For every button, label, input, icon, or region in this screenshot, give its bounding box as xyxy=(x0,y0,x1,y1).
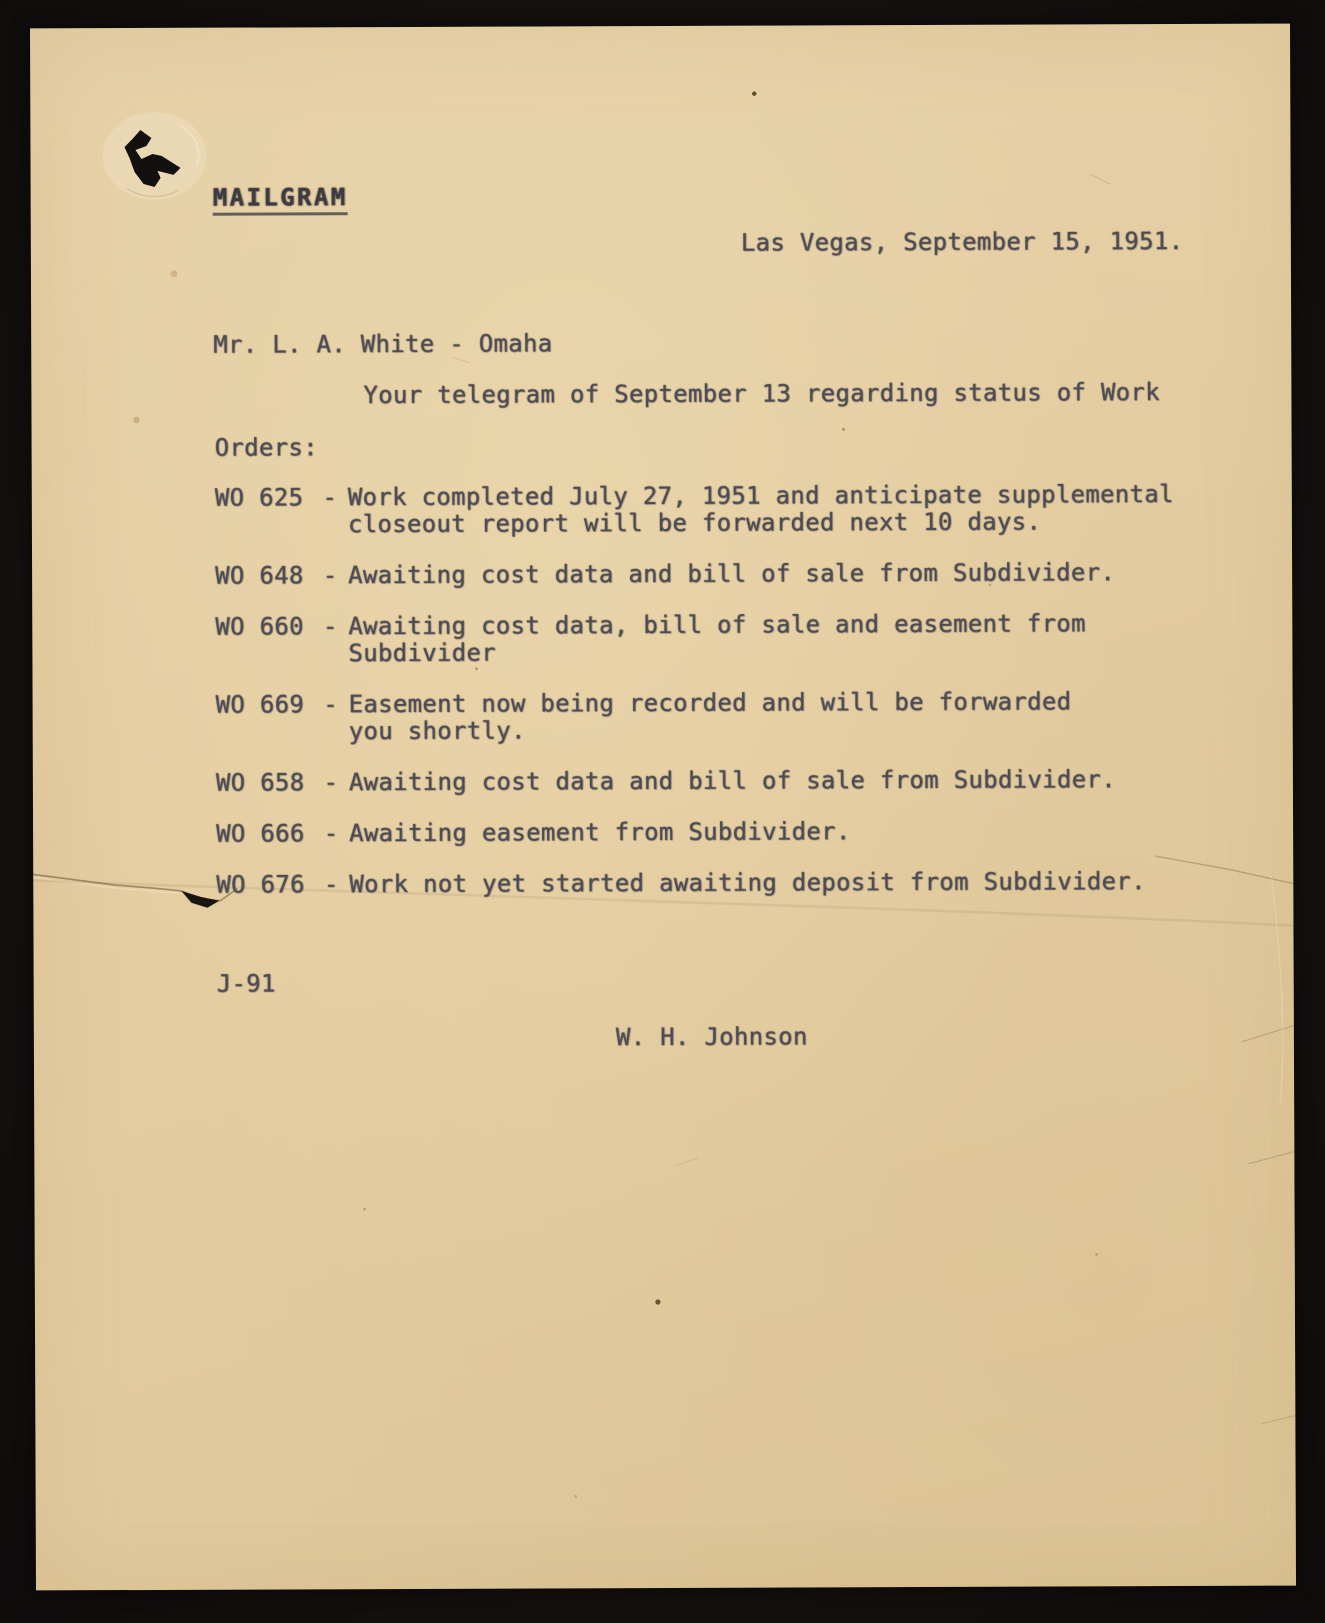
work-order-text: Awaiting cost data and bill of sale from… xyxy=(349,766,1226,796)
crease-right-3 xyxy=(1248,1152,1294,1164)
tear-notch xyxy=(181,891,219,908)
work-order-id: WO 669 xyxy=(216,691,313,718)
work-order-id: WO 658 xyxy=(216,769,313,796)
work-order-row: WO 660 - Awaiting cost data, bill of sal… xyxy=(215,610,1225,668)
work-order-row: WO 669 - Easement now being recorded and… xyxy=(216,688,1226,746)
work-order-text: Awaiting cost data, bill of sale and eas… xyxy=(348,610,1225,667)
work-order-separator: - xyxy=(313,820,349,847)
work-order-separator: - xyxy=(313,691,349,718)
work-order-separator: - xyxy=(312,613,348,640)
work-order-separator: - xyxy=(313,769,349,796)
paper-fiber xyxy=(1091,174,1111,184)
speck xyxy=(133,417,139,423)
work-order-row: WO 648 - Awaiting cost data and bill of … xyxy=(215,559,1225,590)
intro-line: Your telegram of September 13 regarding … xyxy=(363,379,1160,409)
speck xyxy=(363,1208,366,1211)
speck xyxy=(1095,1253,1098,1256)
hole-halo xyxy=(102,112,206,200)
hole-crease xyxy=(180,126,198,166)
work-order-row: WO 666 - Awaiting easement from Subdivid… xyxy=(216,817,1226,848)
work-order-row: WO 658 - Awaiting cost data and bill of … xyxy=(216,766,1226,797)
torn-hole xyxy=(124,130,180,187)
tear-highlight xyxy=(33,877,179,895)
mailgram-title: MAILGRAM xyxy=(213,184,348,216)
crease-right-light xyxy=(1271,876,1283,1104)
speck xyxy=(752,91,756,95)
work-order-separator: - xyxy=(313,871,349,898)
work-order-text: Awaiting easement from Subdivider. xyxy=(349,817,1226,847)
recipient-line: Mr. L. A. White - Omaha xyxy=(213,330,552,358)
work-order-text: Work completed July 27, 1951 and anticip… xyxy=(348,481,1225,538)
work-order-row: WO 676 - Work not yet started awaiting d… xyxy=(216,868,1226,899)
work-order-id: WO 676 xyxy=(216,871,313,898)
work-order-text: Work not yet started awaiting deposit fr… xyxy=(349,868,1226,898)
speck xyxy=(655,1299,660,1304)
letter-content: MAILGRAM Las Vegas, September 15, 1951. … xyxy=(30,24,1290,29)
signature: W. H. Johnson xyxy=(616,1023,808,1051)
work-order-separator: - xyxy=(312,562,348,589)
dateline: Las Vegas, September 15, 1951. xyxy=(741,228,1184,257)
speck xyxy=(574,1495,577,1498)
intro-continuation: Orders: xyxy=(215,434,318,461)
crease-right-2 xyxy=(1242,1026,1294,1042)
work-orders-list: WO 625 - Work completed July 27, 1951 an… xyxy=(215,481,1227,923)
tear-crack xyxy=(33,874,237,902)
reference-code: J-91 xyxy=(217,970,276,997)
hole-shadow-crease xyxy=(127,188,179,197)
work-order-text: Easement now being recorded and will be … xyxy=(349,688,1226,745)
work-order-id: WO 660 xyxy=(215,613,312,640)
crease-right-4 xyxy=(1261,1416,1295,1424)
work-order-id: WO 625 xyxy=(215,484,312,511)
work-order-separator: - xyxy=(312,484,348,511)
letter-paper: MAILGRAM Las Vegas, September 15, 1951. … xyxy=(30,24,1296,1591)
stain-spot xyxy=(170,270,177,277)
speck xyxy=(842,428,845,431)
paper-fiber xyxy=(674,1158,698,1166)
work-order-id: WO 648 xyxy=(215,562,312,589)
work-order-id: WO 666 xyxy=(216,820,313,847)
scan-background: { "document": { "type_label": "MAILGRAM"… xyxy=(0,0,1325,1623)
work-order-text: Awaiting cost data and bill of sale from… xyxy=(348,559,1225,589)
work-order-row: WO 625 - Work completed July 27, 1951 an… xyxy=(215,481,1225,539)
